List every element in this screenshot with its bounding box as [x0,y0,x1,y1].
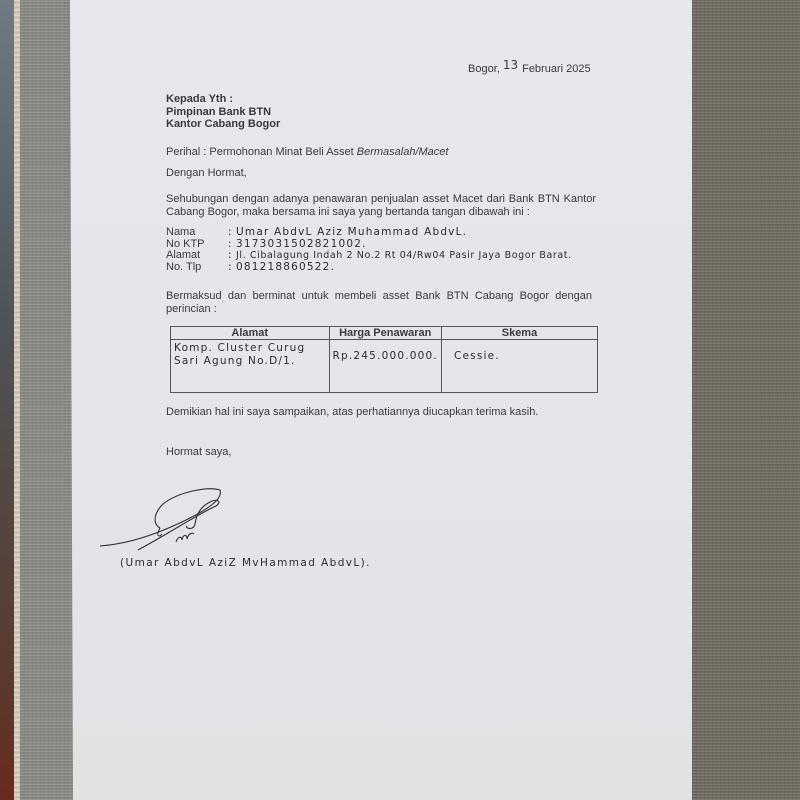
field-colon: : [228,262,236,274]
signature-icon [98,484,228,554]
background-cloth-left [14,0,74,800]
subject-italic: Bermasalah/Macet [357,146,449,158]
table-header-row: Alamat Harga Penawaran Skema [171,327,598,340]
cell-skema: Cessie. [441,340,597,393]
cell-harga: Rp.245.000.000. [329,340,441,393]
field-colon: : [228,227,236,239]
place-date: Bogor,13Februari 2025 [468,62,591,76]
regards: Hormat saya, [166,446,231,459]
purpose-paragraph: Bermaksud dan berminat untuk membeli ass… [166,290,592,315]
intro-paragraph: Sehubungan dengan adanya penawaran penju… [166,193,596,218]
header-skema: Skema [441,327,597,340]
recipient-line-3: Kantor Cabang Bogor [166,118,280,131]
field-row-alamat: Alamat : Jl. Cibalagung Indah 2 No.2 Rt … [166,250,572,262]
recipient-line-2: Pimpinan Bank BTN [166,106,280,119]
subject-line: Perihal : Permohonan Minat Beli Asset Be… [166,146,448,159]
field-value-tlp: 081218860522. [236,262,335,274]
offer-table: Alamat Harga Penawaran Skema Komp. Clust… [170,326,598,393]
field-row-tlp: No. Tlp : 081218860522. [166,262,572,274]
month-year: Februari 2025 [522,63,591,75]
field-value-alamat: Jl. Cibalagung Indah 2 No.2 Rt 04/Rw04 P… [236,250,572,262]
signed-name: (Umar AbdvL AziZ MvHammad AbdvL). [120,557,371,570]
cell-alamat-line-1: Komp. Cluster Curug [174,342,326,355]
field-label: No. Tlp [166,262,228,274]
table-row: Komp. Cluster Curug Sari Agung No.D/1. R… [171,340,598,393]
field-label: Nama [166,227,228,239]
cell-alamat-line-2: Sari Agung No.D/1. [174,355,326,368]
recipient-block: Kepada Yth : Pimpinan Bank BTN Kantor Ca… [166,93,280,131]
cell-alamat: Komp. Cluster Curug Sari Agung No.D/1. [171,340,330,393]
closing-sentence: Demikian hal ini saya sampaikan, atas pe… [166,406,538,419]
applicant-fields: Nama : Umar AbdvL Aziz Muhammad AbdvL. N… [166,227,572,273]
header-harga: Harga Penawaran [329,327,441,340]
field-value-ktp: 3173031502821002. [236,239,367,251]
background-cloth-right [690,0,800,800]
field-row-nama: Nama : Umar AbdvL Aziz Muhammad AbdvL. [166,227,572,239]
field-label: Alamat [166,250,228,262]
greeting: Dengan Hormat, [166,167,247,180]
field-value-nama: Umar AbdvL Aziz Muhammad AbdvL. [236,227,467,239]
header-alamat: Alamat [171,327,330,340]
cloth-fray [14,0,20,800]
field-row-ktp: No KTP : 3173031502821002. [166,239,572,251]
date-day-handwritten: 13 [503,58,518,72]
letter-page: Bogor,13Februari 2025 Kepada Yth : Pimpi… [70,0,692,800]
field-colon: : [228,250,236,262]
recipient-line-1: Kepada Yth : [166,93,280,106]
subject-label: Perihal : Permohonan Minat Beli Asset [166,146,357,158]
place: Bogor, [468,63,500,75]
